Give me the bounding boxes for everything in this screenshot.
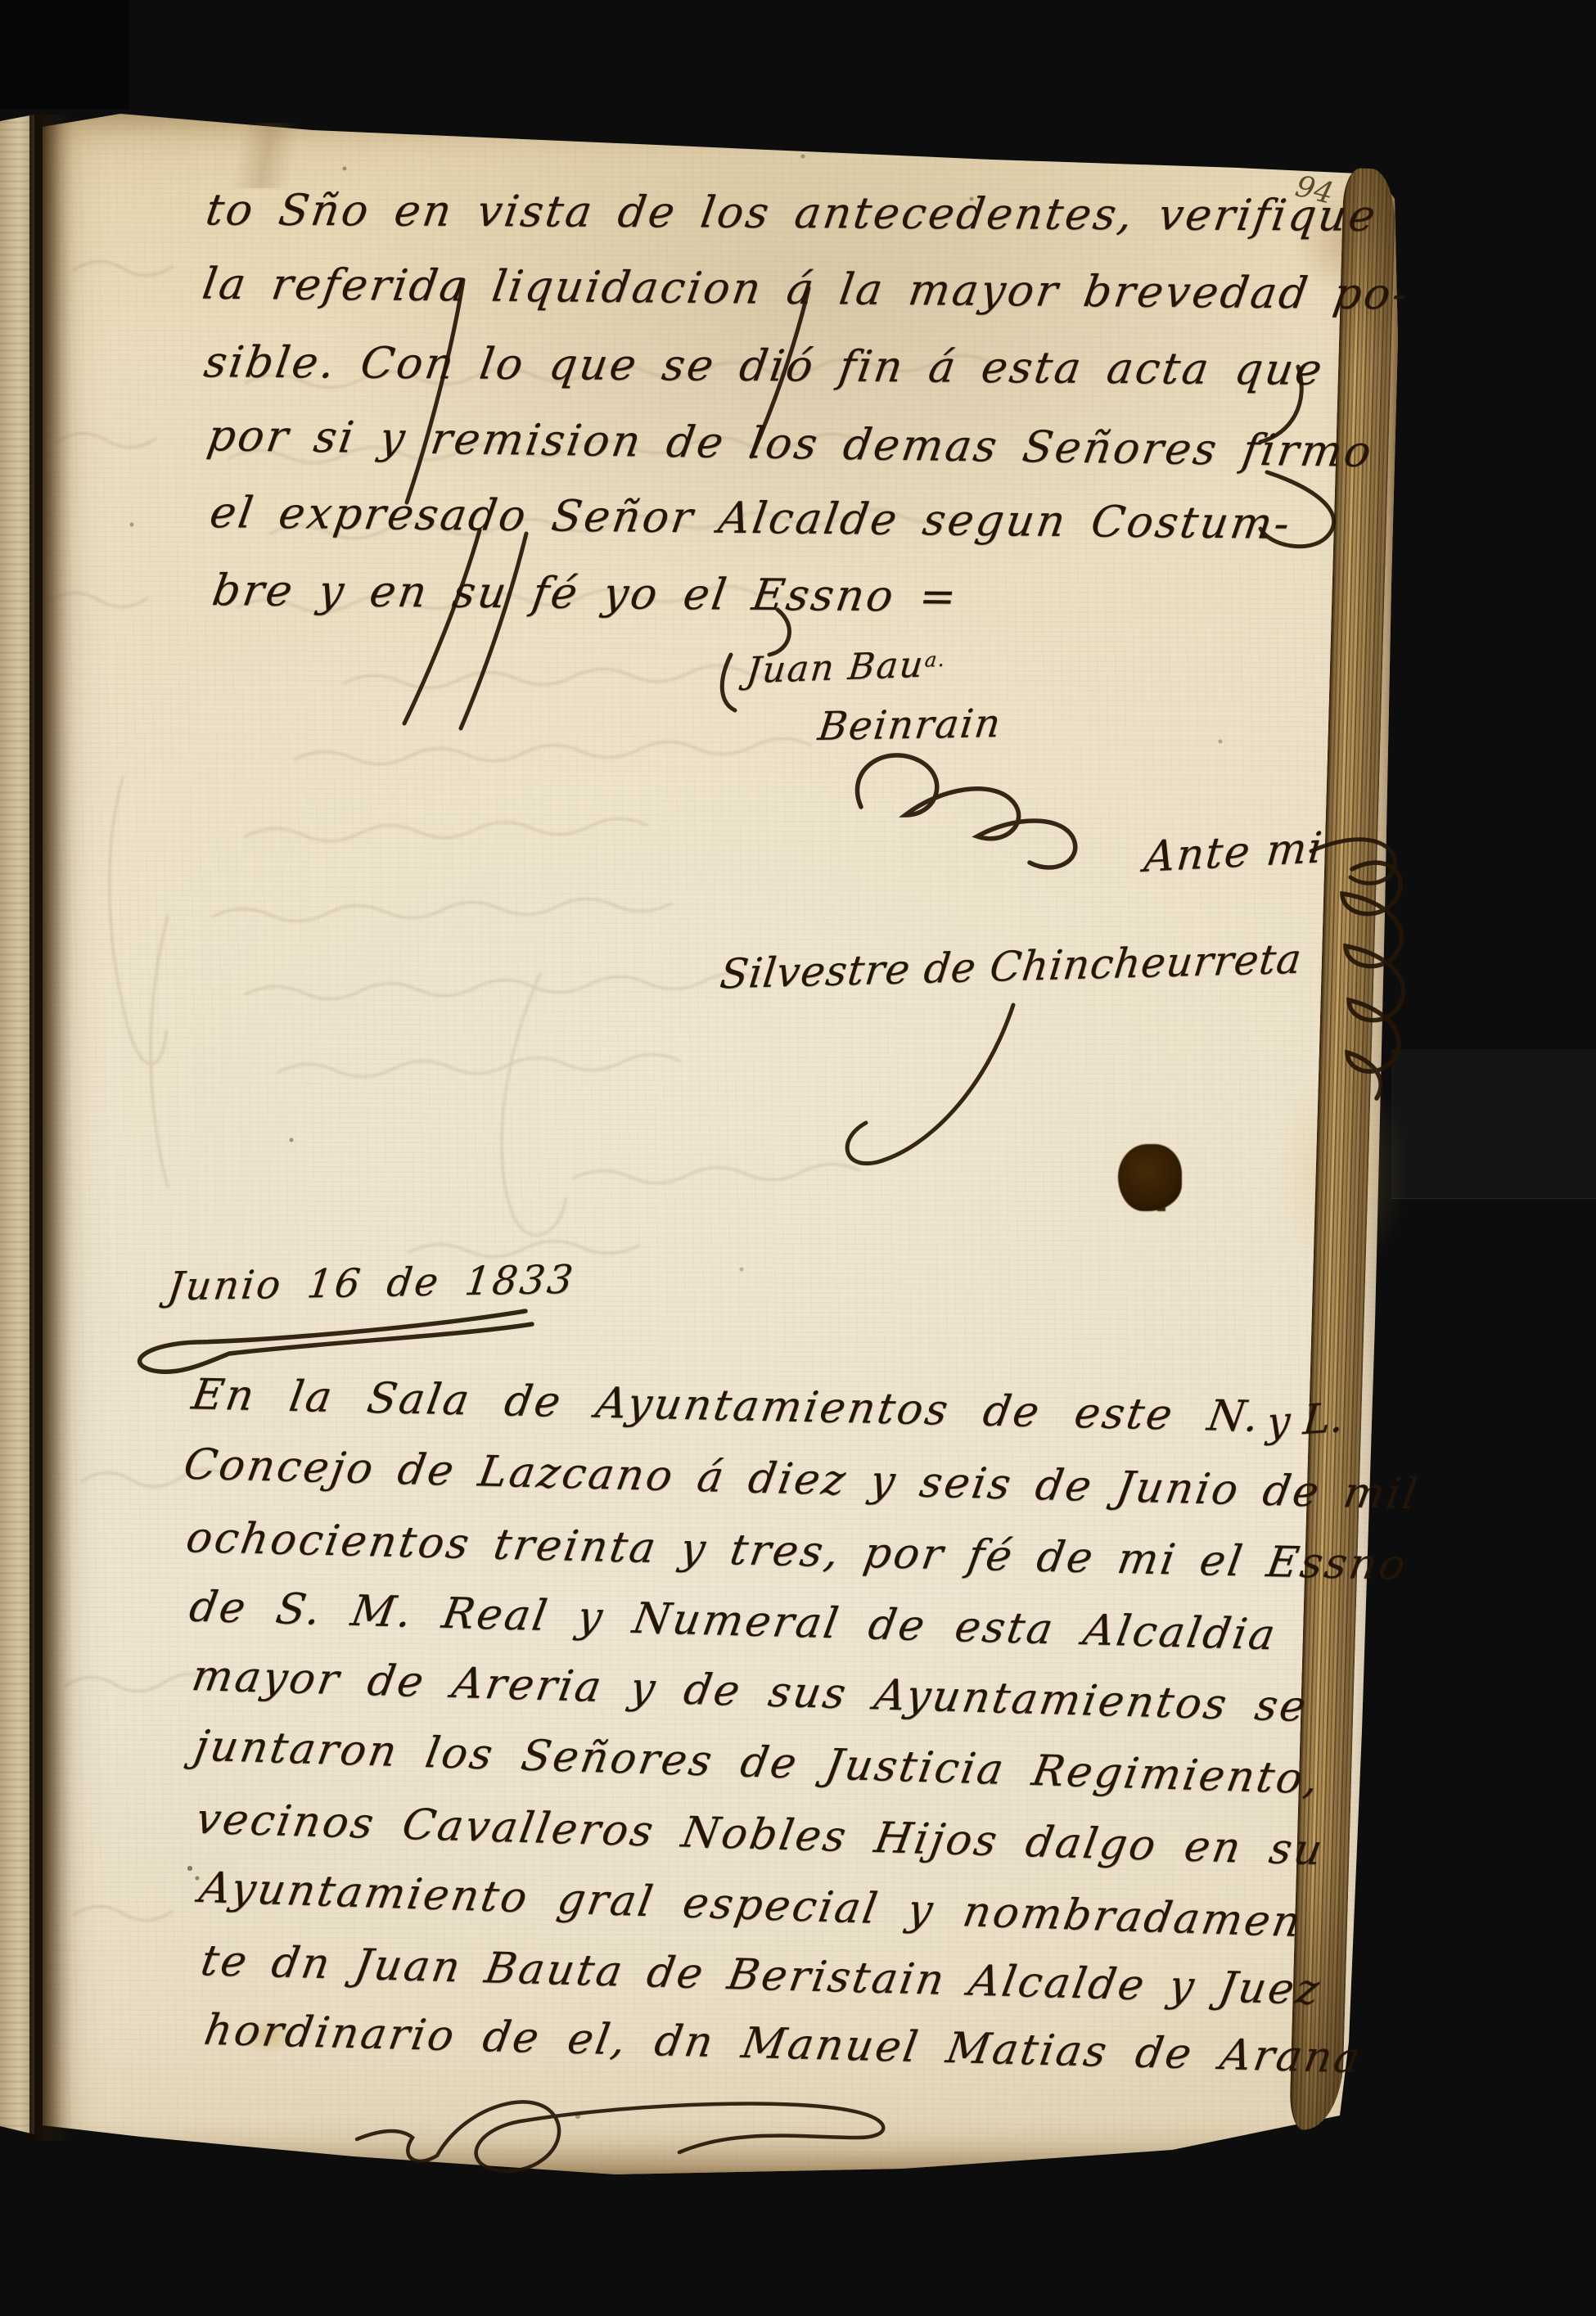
date-heading: Junio 16 de 1833 <box>165 1257 578 1310</box>
backdrop-corner-patch <box>0 0 129 110</box>
archival-photo: { "document": { "folio_number": "94", "c… <box>0 0 1596 2316</box>
ink-blot <box>1118 1144 1182 1211</box>
signature-alcalde-name: Juan Bau <box>744 644 926 692</box>
gutter-shadow <box>29 115 72 2141</box>
hanging-text: y L. <box>1265 1394 1345 1447</box>
signature-alcalde-surname: Beinrain <box>816 701 1005 750</box>
backdrop-cloth-seam <box>1391 1049 1596 1199</box>
text-line: la referida liquidacion á la mayor breve… <box>199 259 1413 320</box>
ante-mi-text: Ante mi <box>1143 823 1326 882</box>
paper-specks <box>0 0 2 2</box>
signature-superscript: a. <box>923 648 947 672</box>
text-line: to Sño en vista de los antecedentes, ver… <box>203 185 1381 241</box>
text-line: sible. Con lo que se dió fin á esta acta… <box>201 337 1328 394</box>
paper-crease <box>90 123 442 188</box>
signature-alcalde: Juan Baua. <box>744 643 948 692</box>
text-line: bre y en su fé yo el Essno = <box>209 565 962 622</box>
